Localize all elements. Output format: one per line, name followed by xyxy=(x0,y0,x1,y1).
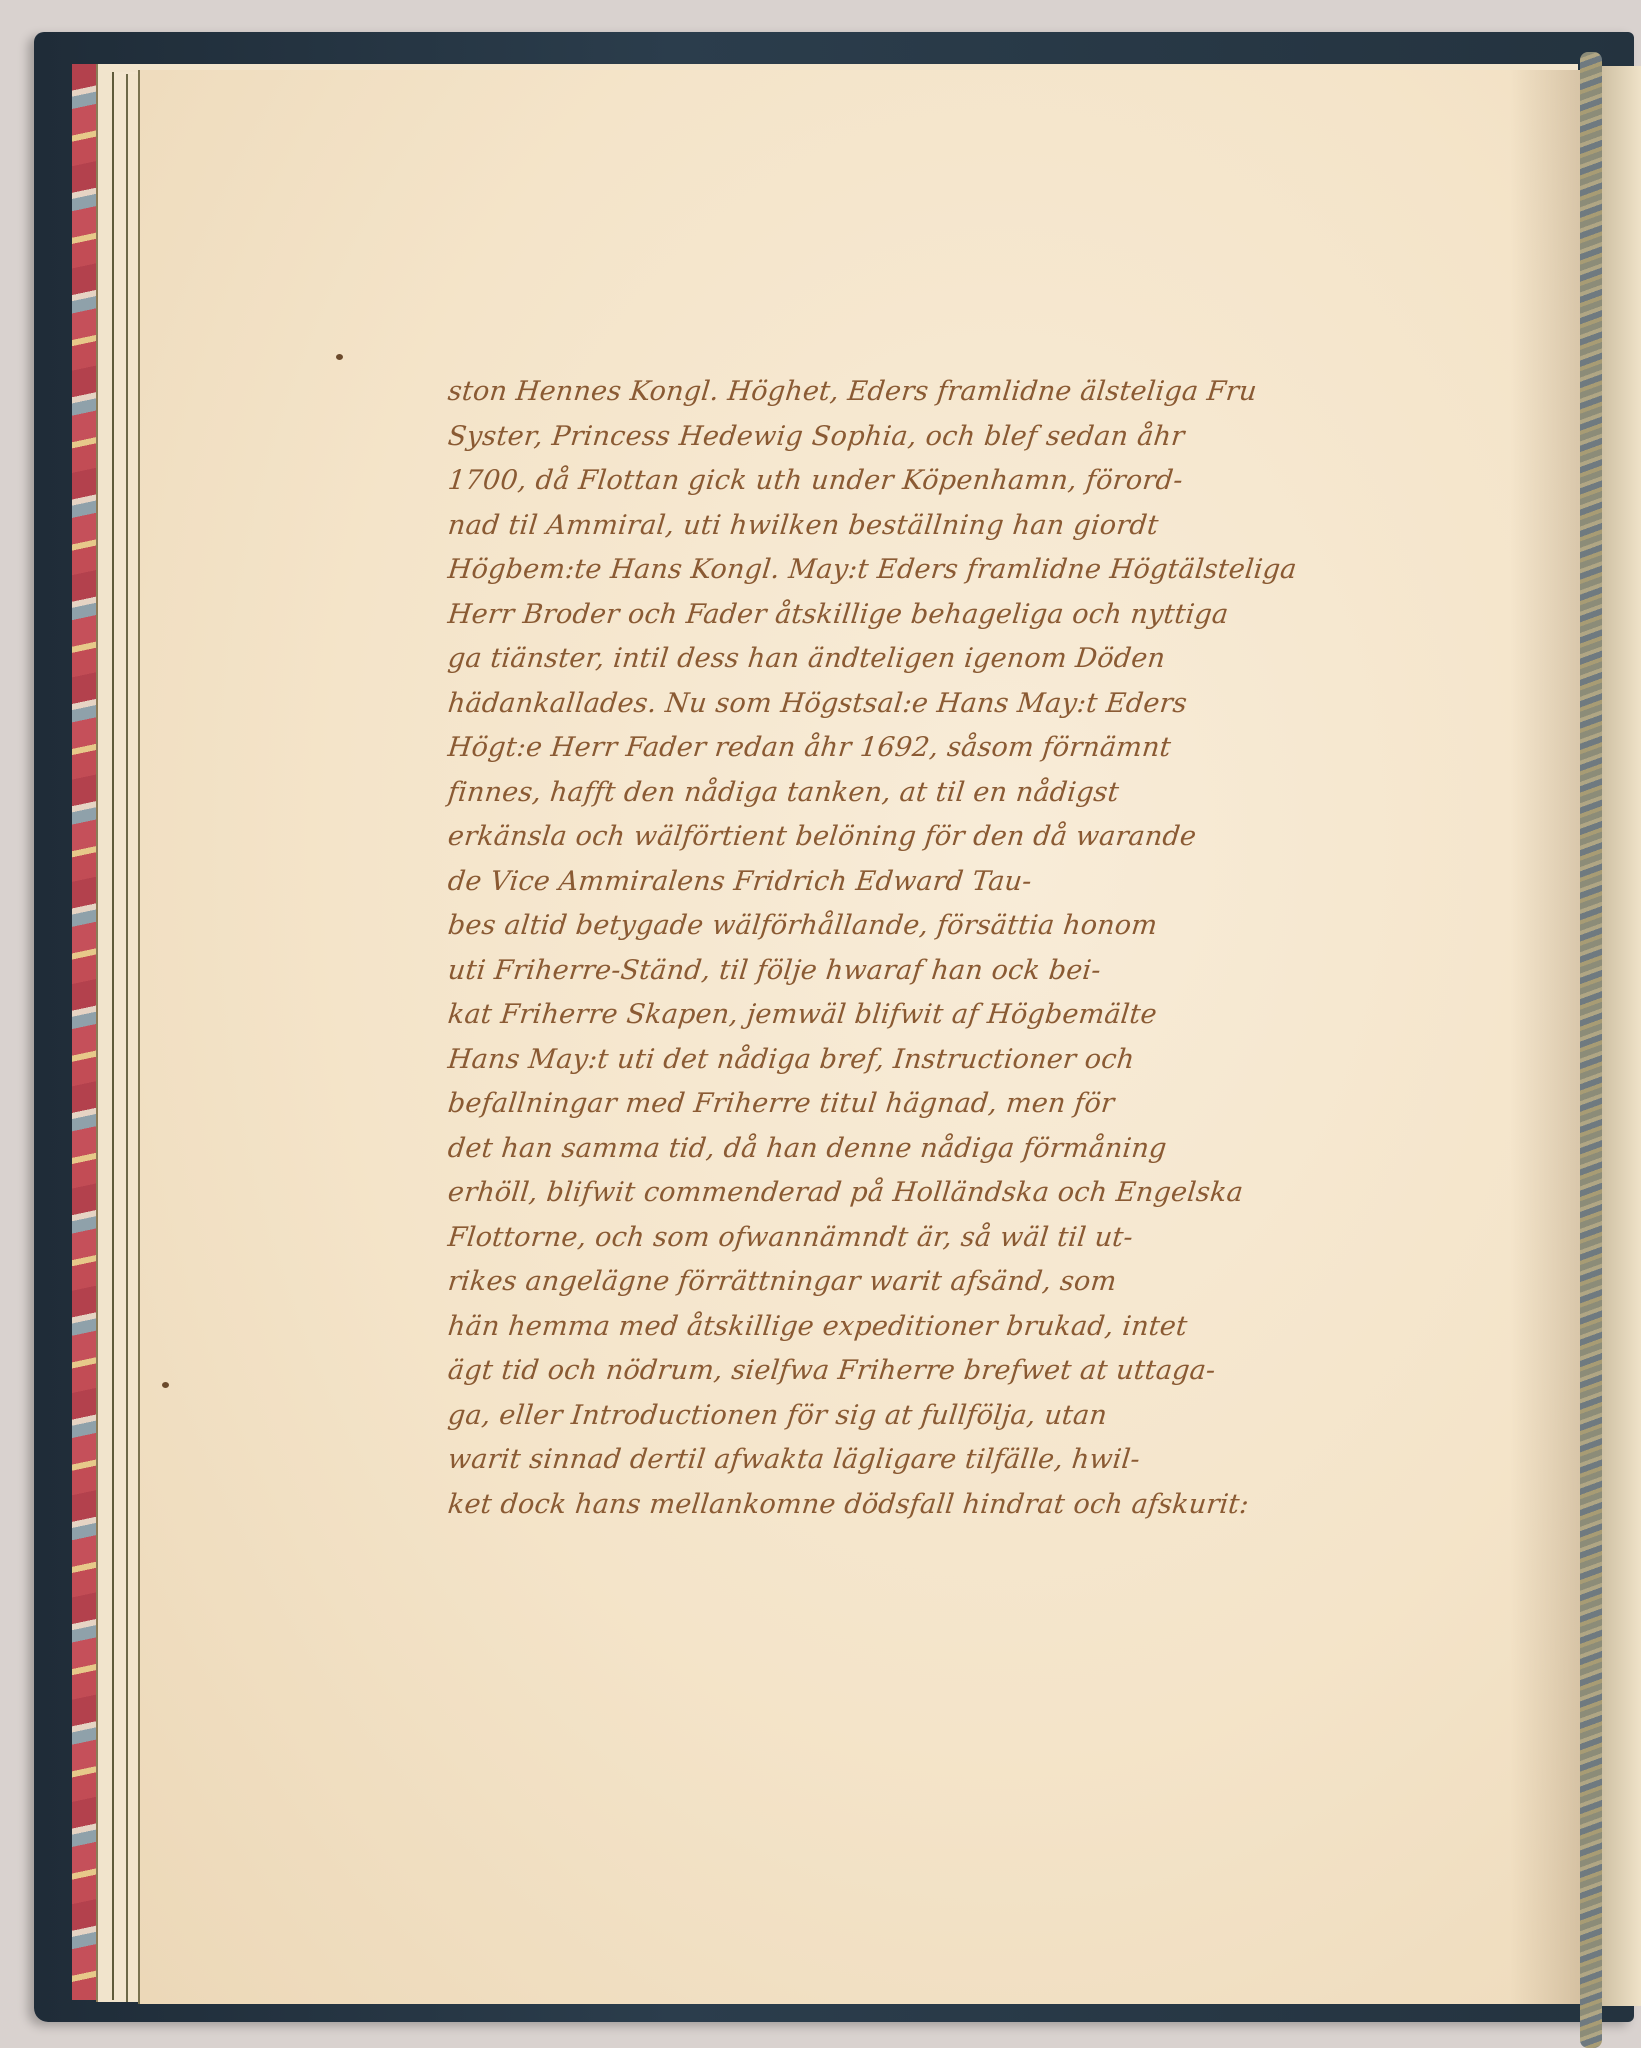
text-line: ga, eller Introductionen för sig at full… xyxy=(446,1394,1551,1439)
text-line: hädankallades. Nu som Högstsal:e Hans Ma… xyxy=(446,682,1551,727)
text-line: uti Friherre-Ständ, til följe hwaraf han… xyxy=(446,949,1551,994)
text-line: rikes angelägne förrättningar warit afsä… xyxy=(446,1260,1551,1305)
text-line: ston Hennes Kongl. Höghet, Eders framlid… xyxy=(446,370,1551,415)
text-line: erkänsla och wälförtient belöning för de… xyxy=(446,815,1551,860)
text-line: det han samma tid, då han denne nådiga f… xyxy=(446,1127,1551,1172)
text-line: Syster, Princess Hedewig Sophia, och ble… xyxy=(446,415,1551,460)
text-line: ket dock hans mellankomne dödsfall hindr… xyxy=(446,1483,1551,1528)
text-line: Herr Broder och Fader åtskillige behagel… xyxy=(446,593,1551,638)
text-line: warit sinnad dertil afwakta lägligare ti… xyxy=(446,1438,1551,1483)
text-line: de Vice Ammiralens Fridrich Edward Tau- xyxy=(446,860,1551,905)
text-line: Högbem:te Hans Kongl. May:t Eders framli… xyxy=(446,548,1551,593)
manuscript-text: ston Hennes Kongl. Höghet, Eders framlid… xyxy=(448,370,1548,1527)
text-line: finnes, hafft den nådiga tanken, at til … xyxy=(446,771,1551,816)
text-line: Hans May:t uti det nådiga bref, Instruct… xyxy=(446,1038,1551,1083)
facing-page-edge xyxy=(1602,66,1641,2006)
text-line: nad til Ammiral, uti hwilken beställning… xyxy=(446,504,1551,549)
text-line: ga tiänster, intil dess han ändteligen i… xyxy=(446,637,1551,682)
text-line: hän hemma med åtskillige expeditioner br… xyxy=(446,1305,1551,1350)
text-line: ägt tid och nödrum, sielfwa Friherre bre… xyxy=(446,1349,1551,1394)
text-line: Högt:e Herr Fader redan åhr 1692, såsom … xyxy=(446,726,1551,771)
text-line: befallningar med Friherre titul hägnad, … xyxy=(446,1082,1551,1127)
text-line: erhöll, blifwit commenderad på Holländsk… xyxy=(446,1171,1551,1216)
text-line: bes altid betygade wälförhållande, försä… xyxy=(446,904,1551,949)
text-line: kat Friherre Skapen, jemwäl blifwit af H… xyxy=(446,993,1551,1038)
ink-spot xyxy=(336,354,343,360)
marbled-endpaper-edge xyxy=(72,64,96,2000)
braided-binding-cord xyxy=(1580,52,1602,2048)
text-line: 1700, då Flottan gick uth under Köpenham… xyxy=(446,459,1551,504)
ink-spot xyxy=(162,1382,169,1388)
text-line: Flottorne, och som ofwannämndt är, så wä… xyxy=(446,1216,1551,1261)
